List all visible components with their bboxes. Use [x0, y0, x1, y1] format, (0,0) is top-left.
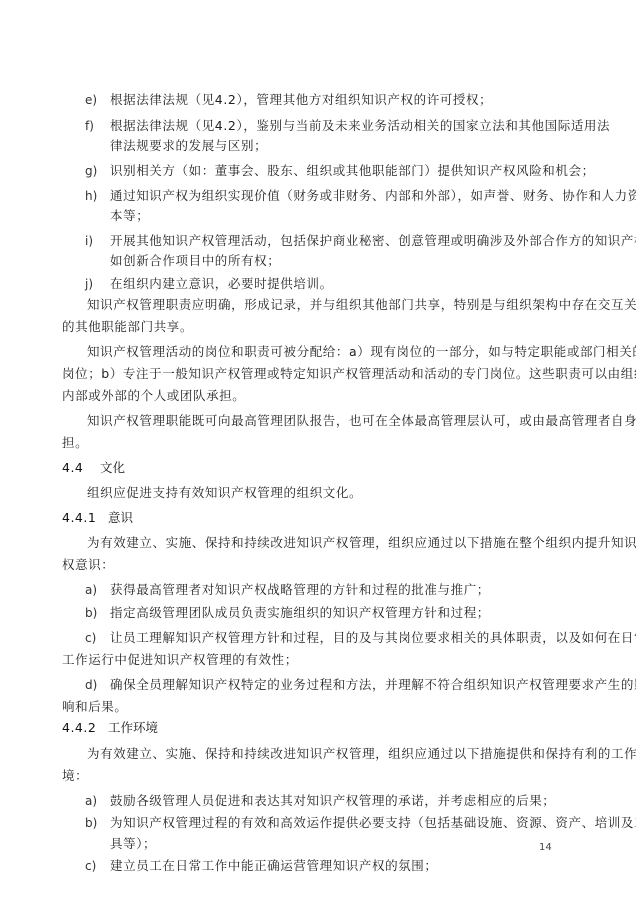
list-label: b)	[85, 815, 97, 831]
section-heading-4-4-1: 4.4.1意识	[62, 510, 133, 526]
page-number: 14	[539, 842, 552, 853]
paragraph-line: 知识产权管理职责应明确，形成记录，并与组织其他部门共享，特别是与组织架构中存在交…	[87, 297, 636, 313]
list-item-text: 根据法律法规（见4.2），鉴别与当前及未来业务活动相关的国家立法和其他国际适用法	[110, 118, 610, 134]
list-item-text: 建立员工在日常工作中能正确运营管理知识产权的氛围；	[110, 858, 438, 874]
list-label: b)	[85, 605, 97, 621]
list-item-text: 本等；	[110, 208, 149, 224]
section-number: 4.4.2	[62, 720, 108, 736]
list-item-text: 通过知识产权为组织实现价值（财务或非财务、内部和外部），如声誉、财务、协作和人力…	[110, 188, 636, 204]
section-title: 文化	[100, 460, 125, 475]
list-label: h)	[85, 188, 97, 204]
paragraph-line: 为有效建立、实施、保持和持续改进知识产权管理，组织应通过以下措施提供和保持有利的…	[87, 746, 636, 762]
list-label: i)	[85, 233, 93, 249]
list-item-text: 让员工理解知识产权管理方针和过程，目的及与其岗位要求相关的具体职责，以及如何在日…	[110, 630, 636, 646]
paragraph-line: 知识产权管理活动的岗位和职责可被分配给：a）现有岗位的一部分，如与特定职能或部门…	[87, 344, 636, 360]
list-item-text: 如创新合作项目中的所有权；	[110, 253, 280, 269]
paragraph-line: 组织应促进支持有效知识产权管理的组织文化。	[87, 485, 362, 501]
list-item-text: 鼓励各级管理人员促进和表达其对知识产权管理的承诺，并考虑相应的后果；	[110, 793, 555, 809]
section-heading-4-4: 4.4文化	[62, 460, 125, 476]
list-item-text: 根据法律法规（见4.2），管理其他方对组织知识产权的许可授权；	[110, 92, 492, 108]
list-label: j)	[85, 276, 93, 292]
list-label: e)	[85, 92, 97, 108]
list-item-text: 为知识产权管理过程的有效和高效运作提供必要支持（包括基础设施、资源、资产、培训及…	[110, 815, 636, 831]
list-label: a)	[85, 793, 97, 809]
list-item-text: 获得最高管理者对知识产权战略管理的方针和过程的批准与推广；	[110, 582, 490, 598]
list-label: c)	[85, 630, 96, 646]
list-item-text: 识别相关方（如：董事会、股东、组织或其他职能部门）提供知识产权风险和机会；	[110, 163, 595, 179]
list-item-text: 工作运行中促进知识产权管理的有效性；	[62, 652, 298, 668]
paragraph-line: 知识产权管理职能既可向最高管理团队报告，也可在全体最高管理层认可，或由最高管理者…	[87, 413, 636, 429]
list-label: f)	[85, 118, 94, 134]
section-title: 意识	[108, 510, 133, 525]
list-item-text: 在组织内建立意识，必要时提供培训。	[110, 276, 333, 292]
list-label: a)	[85, 582, 97, 598]
paragraph-line: 岗位；b）专注于一般知识产权管理或特定知识产权管理活动和活动的专门岗位。这些职责…	[62, 366, 636, 382]
list-item-text: 具等）；	[110, 836, 156, 852]
list-label: d)	[85, 677, 97, 693]
list-label: g)	[85, 163, 97, 179]
list-item-text: 指定高级管理团队成员负责实施组织的知识产权管理方针和过程；	[110, 605, 490, 621]
section-number: 4.4.1	[62, 510, 108, 526]
list-label: c)	[85, 858, 96, 874]
paragraph-line: 权意识：	[62, 557, 114, 573]
list-item-text: 响和后果。	[62, 699, 128, 715]
paragraph-line: 担。	[62, 435, 88, 451]
paragraph-line: 为有效建立、实施、保持和持续改进知识产权管理，组织应通过以下措施在整个组织内提升…	[87, 535, 636, 551]
document-page: e) 根据法律法规（见4.2），管理其他方对组织知识产权的许可授权； f) 根据…	[0, 0, 636, 900]
section-title: 工作环境	[108, 720, 158, 735]
list-item-text: 开展其他知识产权管理活动，包括保护商业秘密、创意管理或明确涉及外部合作方的知识产…	[110, 233, 636, 249]
section-number: 4.4	[62, 460, 100, 476]
list-item-text: 律法规要求的发展与区别；	[110, 138, 267, 154]
paragraph-line: 的其他职能部门共享。	[62, 319, 193, 335]
section-heading-4-4-2: 4.4.2工作环境	[62, 720, 158, 736]
paragraph-line: 内部或外部的个人或团队承担。	[62, 388, 245, 404]
list-item-text: 确保全员理解知识产权特定的业务过程和方法，并理解不符合组织知识产权管理要求产生的…	[110, 677, 636, 693]
paragraph-line: 境：	[62, 768, 88, 784]
